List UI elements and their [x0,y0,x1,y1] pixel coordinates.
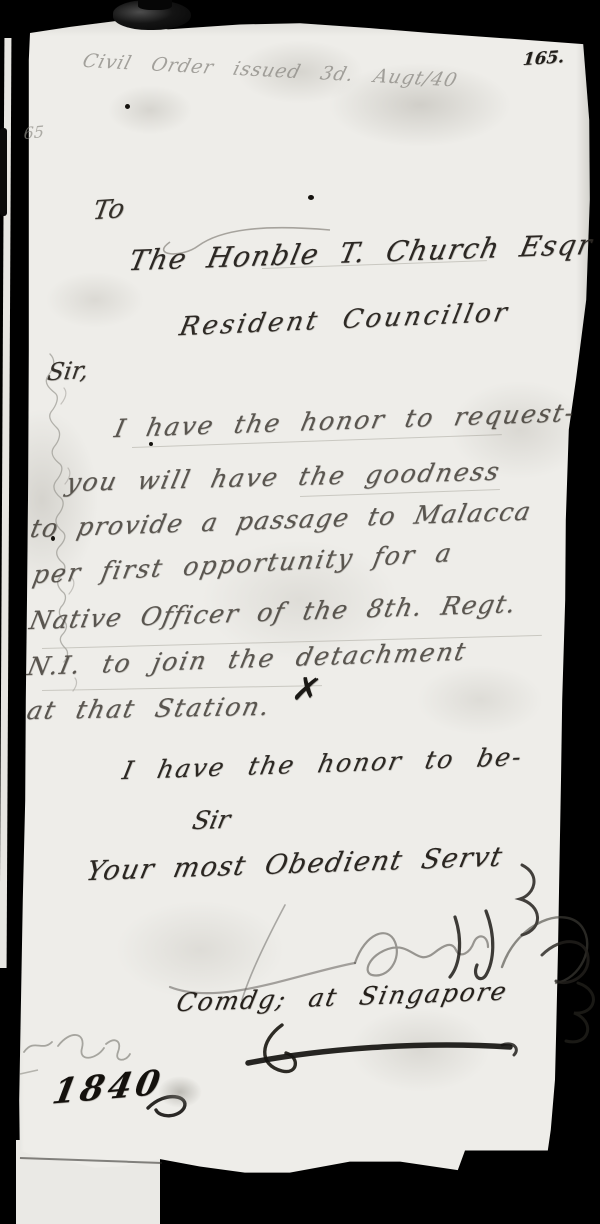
body-line: Native Officer of the 8th. Regt. [27,589,520,635]
ink-speck [51,536,55,541]
signature-underline-flourish [230,1015,520,1085]
page-number: 165. [522,47,565,70]
folio-number: 65 [23,122,44,143]
closing-line-1: I have the honor to be- [120,742,526,785]
smudge [158,1076,202,1108]
body-line: per first opportunity for a [30,538,455,589]
scanned-letter-page: { "colors": { "background": "#000000", "… [0,0,600,1224]
recipient-title: Resident Councillor [177,298,513,343]
closing-line-2: Sir [190,805,233,836]
ink-speck [308,195,314,200]
archival-note: Civil Order issued 3d. Augt/40 [80,50,460,91]
crease-line [20,1157,162,1164]
body-line: to provide a passage to Malacca [28,497,535,544]
ink-speck [125,104,130,109]
ink-layer: Civil Order issued 3d. Augt/40 165. 65 T… [0,0,600,1224]
guide-line [300,489,500,497]
closing-line-3: Your most Obedient Servt [83,841,506,887]
salutation: Sir, [46,356,91,386]
ink-speck [149,442,153,446]
body-line: I have the honor to request- [112,398,579,443]
address-to: To [91,194,127,227]
insertion-mark: ✗ [289,668,324,712]
body-line: at that Station. [24,692,274,725]
